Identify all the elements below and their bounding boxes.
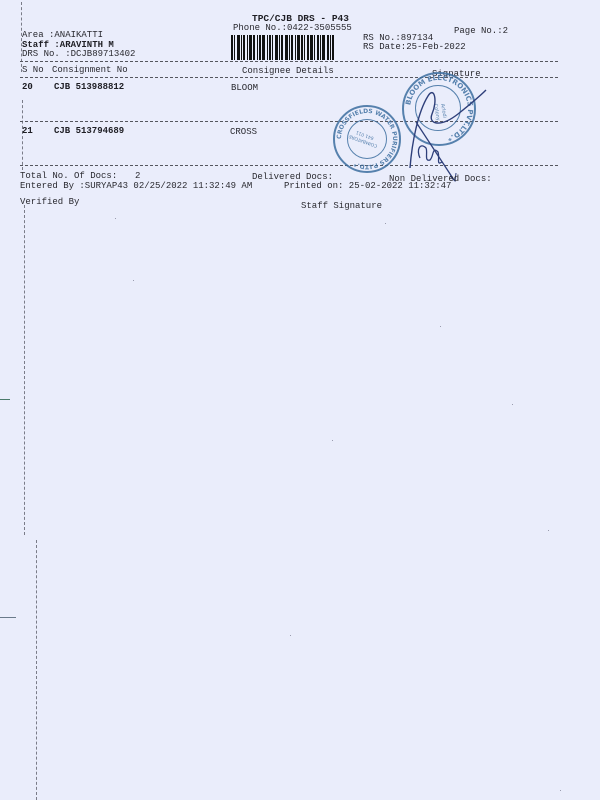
rs-date: RS Date:25-Feb-2022 bbox=[363, 42, 466, 52]
row-consignment-no: CJB 513988812 bbox=[54, 82, 124, 92]
scan-speck bbox=[440, 326, 441, 327]
phone-number: Phone No.:0422-3505555 bbox=[233, 23, 352, 33]
printed-on: Printed on: 25-02-2022 11:32:47 bbox=[284, 181, 451, 191]
left-margin-mark bbox=[36, 540, 37, 800]
scan-speck bbox=[133, 280, 134, 281]
scan-speck bbox=[512, 404, 513, 405]
scan-mark bbox=[0, 399, 10, 400]
verified-by-label: Verified By bbox=[20, 197, 79, 207]
handwritten-signature-icon bbox=[398, 72, 488, 182]
crossfields-stamp: CROSSFIELDS WATER PURIFIERS P.LTD.* COIM… bbox=[333, 105, 401, 173]
crossfields-stamp-text-icon: CROSSFIELDS WATER PURIFIERS P.LTD.* COIM… bbox=[335, 107, 399, 171]
scan-speck bbox=[290, 635, 291, 636]
page-number: Page No.:2 bbox=[454, 26, 508, 36]
scan-speck bbox=[385, 223, 386, 224]
column-header-consignment-no: Consignment No bbox=[52, 65, 128, 75]
row-consignment-no: CJB 513794689 bbox=[54, 126, 124, 136]
total-docs-value: 2 bbox=[135, 171, 140, 181]
column-header-consignee-details: Consignee Details bbox=[242, 66, 334, 76]
scan-speck bbox=[332, 440, 333, 441]
area-field: Area :ANAIKATTI bbox=[22, 30, 103, 40]
divider bbox=[20, 61, 558, 62]
scan-speck bbox=[115, 218, 116, 219]
column-header-s-no: S No bbox=[22, 65, 44, 75]
row-s-no: 20 bbox=[22, 82, 33, 92]
row-s-no: 21 bbox=[22, 126, 33, 136]
scan-speck bbox=[560, 790, 561, 791]
row-consignee: CROSS bbox=[230, 127, 257, 137]
row-consignee: BLOOM bbox=[231, 83, 258, 93]
staff-signature-label: Staff Signature bbox=[301, 201, 382, 211]
scan-speck bbox=[548, 530, 549, 531]
entered-by: Entered By :SURYAP43 02/25/2022 11:32:49… bbox=[20, 181, 252, 191]
scan-mark bbox=[0, 617, 16, 618]
left-margin-mark bbox=[24, 205, 25, 535]
drs-number-field: DRS No. :DCJB89713402 bbox=[22, 49, 135, 59]
total-docs-label: Total No. Of Docs: bbox=[20, 171, 117, 181]
barcode bbox=[231, 35, 356, 60]
